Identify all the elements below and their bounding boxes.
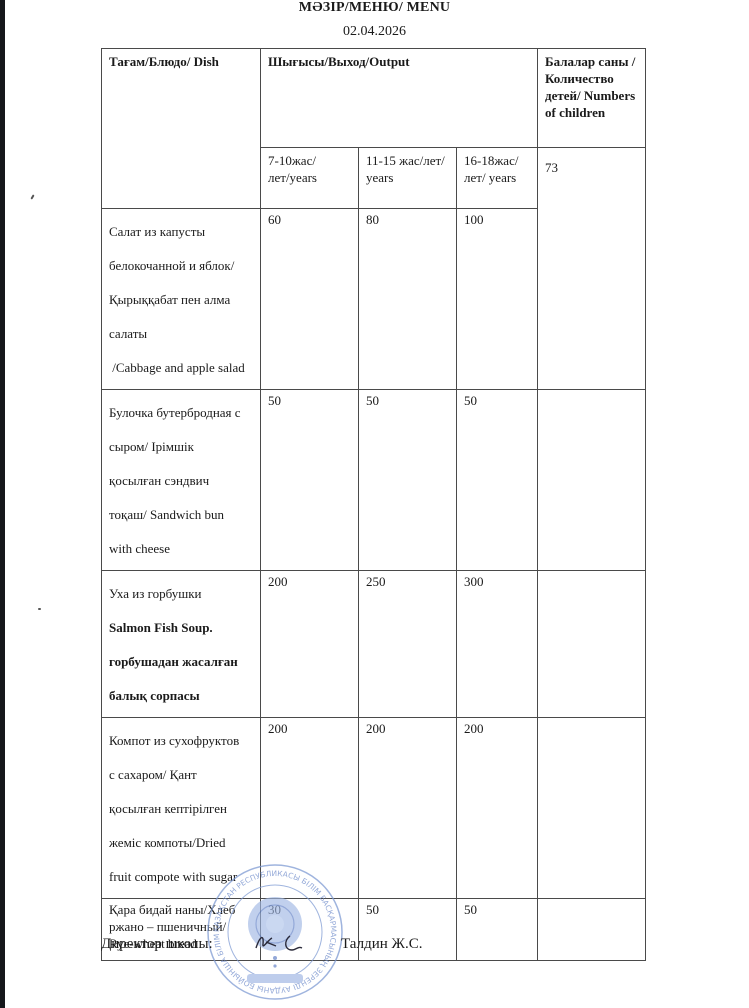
scan-speck bbox=[30, 194, 34, 199]
signatory-name: Талдин Ж.С. bbox=[341, 936, 422, 953]
dish-name-line: жеміс компоты/Dried bbox=[109, 826, 253, 860]
table-row: Булочка бутербродная ссыром/ Ірімшікқосы… bbox=[102, 390, 646, 571]
header-dish: Тағам/Блюдо/ Dish bbox=[102, 49, 261, 209]
dish-name-line: with cheese bbox=[109, 532, 253, 566]
dish-name-line: балық сорпасы bbox=[109, 679, 253, 713]
document-date: 02.04.2026 bbox=[0, 24, 749, 40]
portion-16-18: 50 bbox=[457, 390, 538, 571]
age-group-16-18: 16-18жас/лет/ years bbox=[457, 148, 538, 209]
table-row: Уха из горбушкиSalmon Fish Soup.горбушад… bbox=[102, 571, 646, 718]
dish-name-line: горбушадан жасалған bbox=[109, 645, 253, 679]
portion-16-18: 300 bbox=[457, 571, 538, 718]
dish-name: Булочка бутербродная ссыром/ Ірімшікқосы… bbox=[102, 390, 261, 571]
dish-name-line: белокочанной и яблок/ bbox=[109, 249, 253, 283]
portion-11-15: 50 bbox=[359, 390, 457, 571]
menu-table: Тағам/Блюдо/ Dish Шығысы/Выход/Output Ба… bbox=[101, 48, 646, 961]
portion-7-10: 60 bbox=[261, 209, 359, 390]
empty-count-cell bbox=[538, 390, 646, 571]
portion-11-15: 200 bbox=[359, 718, 457, 899]
portion-11-15: 80 bbox=[359, 209, 457, 390]
scan-speck bbox=[38, 608, 41, 610]
portion-16-18: 200 bbox=[457, 718, 538, 899]
dish-name-line: сыром/ Ірімшік bbox=[109, 430, 253, 464]
dish-name-line: Салат из капусты bbox=[109, 215, 253, 249]
dish-name: Салат из капустыбелокочанной и яблок/Қыр… bbox=[102, 209, 261, 390]
portion-16-18: 100 bbox=[457, 209, 538, 390]
children-count-value: 73 bbox=[545, 159, 638, 176]
header-children-count: Балалар саны /Количество детей/ Numbers … bbox=[538, 49, 646, 148]
age-group-11-15: 11-15 жас/лет/ years bbox=[359, 148, 457, 209]
dish-name-line: салаты bbox=[109, 317, 253, 351]
dish-name-line: қосылған кептірілген bbox=[109, 792, 253, 826]
dish-name-line: Компот из сухофруктов bbox=[109, 724, 253, 758]
children-count-cell: 73 bbox=[538, 148, 646, 390]
portion-11-15: 250 bbox=[359, 571, 457, 718]
age-group-7-10: 7-10жас/лет/years bbox=[261, 148, 359, 209]
dish-name-line: Уха из горбушки bbox=[109, 577, 253, 611]
header-output: Шығысы/Выход/Output bbox=[261, 49, 538, 148]
signature-label: Директор школы: bbox=[101, 936, 213, 952]
scan-edge-strip bbox=[0, 0, 5, 1008]
portion-16-18: 50 bbox=[457, 899, 538, 961]
document-title: МӘЗІР/МЕНЮ/ MENU bbox=[0, 0, 749, 16]
empty-count-cell bbox=[538, 718, 646, 899]
dish-name-line: тоқаш/ Sandwich bun bbox=[109, 498, 253, 532]
dish-name: Уха из горбушкиSalmon Fish Soup.горбушад… bbox=[102, 571, 261, 718]
dish-name-line: с сахаром/ Қант bbox=[109, 758, 253, 792]
signature-icon bbox=[250, 926, 320, 956]
header-row: Тағам/Блюдо/ Dish Шығысы/Выход/Output Ба… bbox=[102, 49, 646, 148]
dish-name-line: қосылған сэндвич bbox=[109, 464, 253, 498]
portion-7-10: 50 bbox=[261, 390, 359, 571]
table-row: Компот из сухофруктовс сахаром/ Қантқосы… bbox=[102, 718, 646, 899]
empty-count-cell bbox=[538, 571, 646, 718]
dish-name-line: /Cabbage and apple salad bbox=[109, 351, 253, 385]
dish-name-line: Булочка бутербродная с bbox=[109, 396, 253, 430]
dish-name-line: Қырыққабат пен алма bbox=[109, 283, 253, 317]
signature-row: Директор школы: Талдин Ж.С. bbox=[101, 936, 213, 953]
empty-count-cell bbox=[538, 899, 646, 961]
dish-name-line: Salmon Fish Soup. bbox=[109, 611, 253, 645]
portion-7-10: 200 bbox=[261, 571, 359, 718]
